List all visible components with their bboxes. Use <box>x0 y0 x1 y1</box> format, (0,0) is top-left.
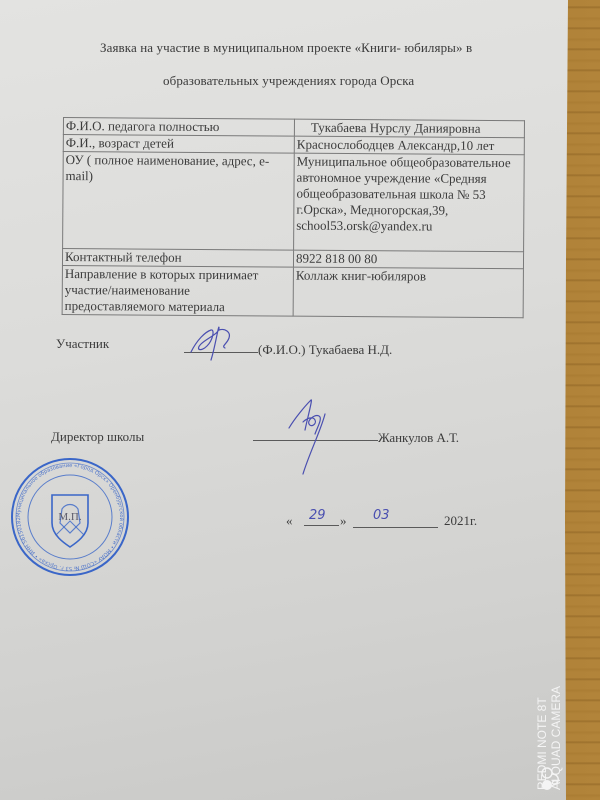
participant-label: Участник <box>56 336 109 352</box>
date-month-line <box>353 512 438 528</box>
application-form-table: Ф.И.О. педагога полностью Тукабаева Нурс… <box>62 117 525 318</box>
document-title-line-2: образовательных учреждениях города Орска <box>163 73 463 89</box>
date-year: 2021г. <box>444 513 477 529</box>
table-row: Направление в которых принимает участие/… <box>62 265 523 317</box>
school-label: ОУ ( полное наименование, адрес, e-mail) <box>63 152 295 251</box>
camera-model: REDMI NOTE 8T <box>535 686 549 790</box>
participant-signature-icon <box>185 318 245 364</box>
official-stamp-icon: Муниципальное образование «Город Орск» О… <box>8 455 132 579</box>
director-label: Директор школы <box>51 429 144 445</box>
direction-label: Направление в которых принимает участие/… <box>62 265 293 316</box>
camera-feature: AI QUAD CAMERA <box>549 686 563 790</box>
direction-value: Коллаж книг-юбиляров <box>293 267 523 318</box>
date-close-quote: » <box>340 513 347 529</box>
director-name: Жанкулов А.Т. <box>378 430 459 446</box>
participant-name: (Ф.И.О.) Тукабаева Н.Д. <box>258 342 392 358</box>
phone-value: 8922 818 00 80 <box>293 250 523 269</box>
children-label: Ф.И., возраст детей <box>63 135 294 154</box>
document-title-line-1: Заявка на участие в муниципальном проект… <box>100 40 510 56</box>
director-signature-icon <box>285 394 345 476</box>
date-month: 03 <box>373 508 390 523</box>
svg-text:М.П.: М.П. <box>58 511 81 523</box>
teacher-name-value: Тукабаева Нурслу Данияровна <box>294 119 524 138</box>
phone-label: Контактный телефон <box>62 249 293 268</box>
table-row: ОУ ( полное наименование, адрес, e-mail)… <box>63 152 525 252</box>
date-day: 29 <box>309 508 326 523</box>
children-value: Краснослободцев Александр,10 лет <box>294 136 524 155</box>
date-open-quote: « <box>286 513 293 529</box>
camera-watermark: REDMI NOTE 8T AI QUAD CAMERA <box>535 686 563 790</box>
school-value: Муниципальное общеобразовательное автоно… <box>294 153 525 252</box>
teacher-name-label: Ф.И.О. педагога полностью <box>63 118 294 137</box>
